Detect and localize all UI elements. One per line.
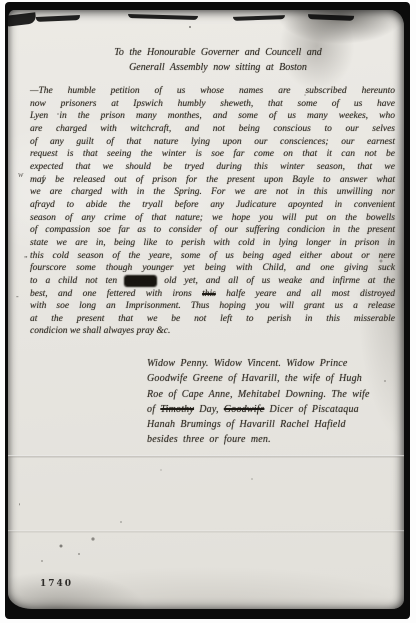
ink-blot: weekes [125,276,156,286]
manuscript-line: Goodwife Greene of Havarill, the wife of… [147,371,370,386]
paper-crease [8,455,404,458]
manuscript-line: request is that seeing the winter is soe… [30,148,395,161]
heading-line: To the Honourable Governer and Councell … [34,46,402,61]
manuscript-line: at the present that we be not left to pe… [30,313,395,326]
manuscript-line: may be released out of prison for the pr… [30,174,395,187]
signatures-block: Widow Penny. Widow Vincent. Widow Prince… [147,356,370,448]
scanned-document-photo: To the Honourable Governer and Councell … [0,0,416,623]
margin-mark: w [18,170,23,179]
margin-mark: ' [18,502,20,511]
manuscript-line: this cold season of the yeare, some of u… [30,250,395,263]
manuscript-line: —The humble petition of us whose names a… [30,85,395,98]
manuscript-line: expected that we should be tryed during … [30,161,395,174]
manuscript-line: Lyen in the prison many monthes, and som… [30,110,395,123]
manuscript-line: besides three or foure men. [147,432,370,447]
photo-mount: To the Honourable Governer and Councell … [5,2,410,619]
archive-number-stamp: 1740 [40,579,73,589]
margin-mark: f [42,174,44,183]
paper-crease [8,530,404,533]
manuscript-line: we are charged with in the Spring. For w… [30,186,395,199]
torn-edge-icon [128,14,198,20]
manuscript-page: To the Honourable Governer and Councell … [8,10,404,609]
manuscript-line: afrayd to abide the tryall before any Ju… [30,199,395,212]
manuscript-line: of Timothy Day, Goodwife Dicer of Piscat… [147,402,370,417]
heading-line: Generall Assembly now sitting at Boston [34,61,402,76]
manuscript-line: now prisoners at Ipswich humbly sheweth,… [30,98,395,111]
manuscript-line: best, and one fettered with irons this h… [30,288,395,301]
manuscript-line: season of any crime of that nature; we h… [30,212,395,225]
manuscript-line: with soe long an Imprisonment. Thus hopi… [30,300,395,313]
struck-word: Timothy [160,404,194,415]
struck-word: Goodwife [224,404,265,415]
manuscript-line: to a child not ten weekes old yet, and a… [30,275,395,288]
manuscript-line: Hanah Brumings of Havarill Rachel Hafiel… [147,417,370,432]
manuscript-line: Roe of Cape Anne, Mehitabel Downing. The… [147,387,370,402]
torn-edge-icon [308,14,354,21]
struck-word: this [202,289,216,299]
manuscript-line: are charged with witchcraft, and not bei… [30,123,395,136]
manuscript-line: condicion we shall alwayes pray &c. [30,325,395,338]
manuscript-line: Widow Penny. Widow Vincent. Widow Prince [147,356,370,371]
margin-mark: „ [24,250,28,259]
torn-edge-icon [233,15,285,21]
petition-heading: To the Honourable Governer and Councell … [34,46,402,75]
manuscript-line: of any guilt of that nature lying upon o… [30,136,395,149]
manuscript-line: fourscore some though younger yet being … [30,262,395,275]
torn-edge-icon [5,12,36,27]
paper-specks [8,10,10,12]
petition-body: —The humble petition of us whose names a… [30,85,395,338]
margin-mark: - [16,292,19,301]
manuscript-line: state we are in, being like to perish wi… [30,237,395,250]
torn-edge-icon [36,15,80,22]
manuscript-line: of compassion soe far as to consider of … [30,224,395,237]
